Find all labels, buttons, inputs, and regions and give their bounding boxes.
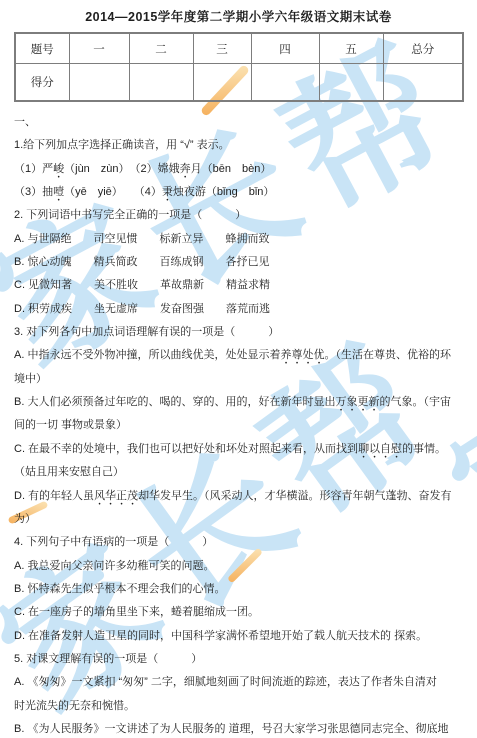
text-segment: D. 有的年轻人虽	[14, 490, 94, 502]
score-table-header-cell: 一	[69, 33, 129, 64]
score-table-header-cell: 三	[193, 33, 251, 64]
text-segment: C. 在一座房子的墙角里坐下来，蜷着腿缩成一团。	[14, 606, 259, 618]
text-line: A. 我总爱向父亲问许多幼稚可笑的问题。	[14, 555, 477, 578]
score-table-header-cell: 四	[251, 33, 319, 64]
dotted-emphasis-text: 噎	[53, 186, 64, 198]
page-title: 2014—2015学年度第二学期小学六年级语文期末试卷	[0, 0, 477, 25]
score-table-score-row: 得分	[15, 64, 463, 102]
text-line: D. 有的年轻人虽风华正茂却华发早生。（风采动人，才华横溢。形容青年朝气蓬勃、奋…	[14, 485, 477, 508]
text-line: 5. 对课文理解有误的一项是（ ）	[14, 648, 477, 671]
text-segment: 2. 下列词语中书写完全正确的一项是（ ）	[14, 209, 246, 221]
text-line: 为）	[14, 508, 477, 531]
text-line: B. 怀特森先生似乎根本不理会我们的心情。	[14, 578, 477, 601]
text-segment: D. 积劳成疾 坐无虚席 发奋图强 落荒而逃	[14, 303, 270, 315]
text-segment: 一、	[14, 116, 36, 128]
dotted-emphasis-text: 聊以自慰	[358, 443, 402, 455]
text-segment: （姑且用来安慰自己）	[14, 466, 124, 478]
text-segment: 的气象。（宇宙	[379, 396, 451, 408]
dotted-emphasis-text: 养尊处优	[280, 349, 324, 361]
text-segment: 月（bēn bèn）	[191, 163, 272, 175]
score-table-score-cell	[383, 64, 463, 102]
text-segment: 烛夜游（bǐng bǐn）	[173, 186, 274, 198]
text-line: 2. 下列词语中书写完全正确的一项是（ ）	[14, 204, 477, 227]
text-segment: A. 与世隔绝 司空见惯 标新立异 蜂拥而致	[14, 233, 269, 245]
text-segment: 间的一切 事物或景象）	[14, 419, 127, 431]
text-segment: 的事情。	[402, 443, 446, 455]
text-segment: B. 《为人民服务》一文讲述了为人民服务的 道理，号召大家学习张思德同志完全、彻…	[14, 723, 449, 735]
dotted-emphasis-text: 奔	[180, 163, 191, 175]
dotted-emphasis-text: 峻	[53, 163, 64, 175]
text-line: D. 积劳成疾 坐无虚席 发奋图强 落荒而逃	[14, 298, 477, 321]
text-line: B. 惊心动魄 精兵简政 百练成钢 各抒已见	[14, 251, 477, 274]
text-segment: （yē yiē） （4）	[64, 186, 162, 198]
text-line: （3）抽噎（yē yiē） （4）秉烛夜游（bǐng bǐn）	[14, 181, 477, 204]
score-table-score-cell	[129, 64, 193, 102]
text-segment: D. 在准备发射人造卫星的同时，中国科学家满怀希望地开始了载人航天技术的 探索。	[14, 630, 427, 642]
text-segment: 3. 对下列各句中加点词语理解有误的一项是（ ）	[14, 326, 279, 338]
text-line: 时光流失的无奈和惋惜。	[14, 695, 477, 718]
text-segment: （3）抽	[14, 186, 53, 198]
text-segment: C. 见微知著 美不胜收 革故鼎新 精益求精	[14, 279, 270, 291]
text-segment: A. 《匆匆》一文紧扣 “匆匆” 二字，细腻地刻画了时间流逝的踪迹，表达了作者朱…	[14, 676, 437, 688]
text-segment: （1）严	[14, 163, 53, 175]
text-line: 1.给下列加点字选择正确读音，用 “√” 表示。	[14, 134, 477, 157]
text-segment: （jùn zùn） （2）嫦娥	[64, 163, 180, 175]
text-line: D. 在准备发射人造卫星的同时，中国科学家满怀希望地开始了载人航天技术的 探索。	[14, 625, 477, 648]
score-table-score-cell	[193, 64, 251, 102]
dotted-emphasis-text: 万象更新	[335, 396, 379, 408]
score-table-score-cell: 得分	[15, 64, 69, 102]
text-line: B. 《为人民服务》一文讲述了为人民服务的 道理，号召大家学习张思德同志完全、彻…	[14, 718, 477, 738]
text-line: （姑且用来安慰自己）	[14, 461, 477, 484]
text-line: C. 见微知著 美不胜收 革故鼎新 精益求精	[14, 274, 477, 297]
text-segment: B. 惊心动魄 精兵简政 百练成钢 各抒已见	[14, 256, 269, 268]
text-segment: 却华发早生。（风采动人，才华横溢。形容青年朝气蓬勃、奋发有	[138, 490, 452, 502]
score-table-header-row: 题号一二三四五总分	[15, 33, 463, 64]
score-table-header-cell: 总分	[383, 33, 463, 64]
text-line: 一、	[14, 111, 477, 134]
text-segment: 为）	[14, 513, 36, 525]
text-line: A. 《匆匆》一文紧扣 “匆匆” 二字，细腻地刻画了时间流逝的踪迹，表达了作者朱…	[14, 671, 477, 694]
dotted-emphasis-text: 风华正茂	[94, 490, 138, 502]
question-lines: 一、1.给下列加点字选择正确读音，用 “√” 表示。（1）严峻（jùn zùn）…	[14, 111, 477, 738]
text-segment: 时光流失的无奈和惋惜。	[14, 700, 135, 712]
text-line: 间的一切 事物或景象）	[14, 414, 477, 437]
score-table-header-cell: 五	[319, 33, 383, 64]
text-line: C. 在一座房子的墙角里坐下来，蜷着腿缩成一团。	[14, 601, 477, 624]
text-segment: 4. 下列句子中有语病的一项是（ ）	[14, 536, 213, 548]
text-segment: 5. 对课文理解有误的一项是（ ）	[14, 653, 202, 665]
text-segment: 境中）	[14, 373, 47, 385]
text-line: 3. 对下列各句中加点词语理解有误的一项是（ ）	[14, 321, 477, 344]
text-line: C. 在最不幸的处境中，我们也可以把好处和坏处对照起来看，从而找到聊以自慰的事情…	[14, 438, 477, 461]
text-segment: B. 怀特森先生似乎根本不理会我们的心情。	[14, 583, 225, 595]
text-segment: B. 大人们必须预备过年吃的、喝的、穿的、用的，好在新年时显出	[14, 396, 335, 408]
score-table-score-cell	[251, 64, 319, 102]
text-line: B. 大人们必须预备过年吃的、喝的、穿的、用的，好在新年时显出万象更新的气象。（…	[14, 391, 477, 414]
text-line: 境中）	[14, 368, 477, 391]
score-table-score-cell	[319, 64, 383, 102]
score-table: 题号一二三四五总分 得分	[14, 32, 464, 102]
score-table-score-cell	[69, 64, 129, 102]
text-segment: 1.给下列加点字选择正确读音，用 “√” 表示。	[14, 139, 230, 151]
text-line: 4. 下列句子中有语病的一项是（ ）	[14, 531, 477, 554]
text-segment: C. 在最不幸的处境中，我们也可以把好处和坏处对照起来看，从而找到	[14, 443, 358, 455]
text-line: A. 与世隔绝 司空见惯 标新立异 蜂拥而致	[14, 228, 477, 251]
score-table-header-cell: 题号	[15, 33, 69, 64]
score-table-header-cell: 二	[129, 33, 193, 64]
text-segment: 。（生活在尊贵、优裕的环	[324, 349, 451, 361]
dotted-emphasis-text: 秉	[162, 186, 173, 198]
text-segment: A. 我总爱向父亲问许多幼稚可笑的问题。	[14, 560, 214, 572]
text-segment: A. 中指永远不受外物冲撞，所以曲线优美，处处显示着	[14, 349, 280, 361]
text-line: （1）严峻（jùn zùn） （2）嫦娥奔月（bēn bèn）	[14, 158, 477, 181]
text-line: A. 中指永远不受外物冲撞，所以曲线优美，处处显示着养尊处优。（生活在尊贵、优裕…	[14, 344, 477, 367]
exam-paper-page: 家长帮 家长帮 家长帮 2014—2015学年度第二学期小学六年级语文期末试卷 …	[0, 0, 477, 738]
